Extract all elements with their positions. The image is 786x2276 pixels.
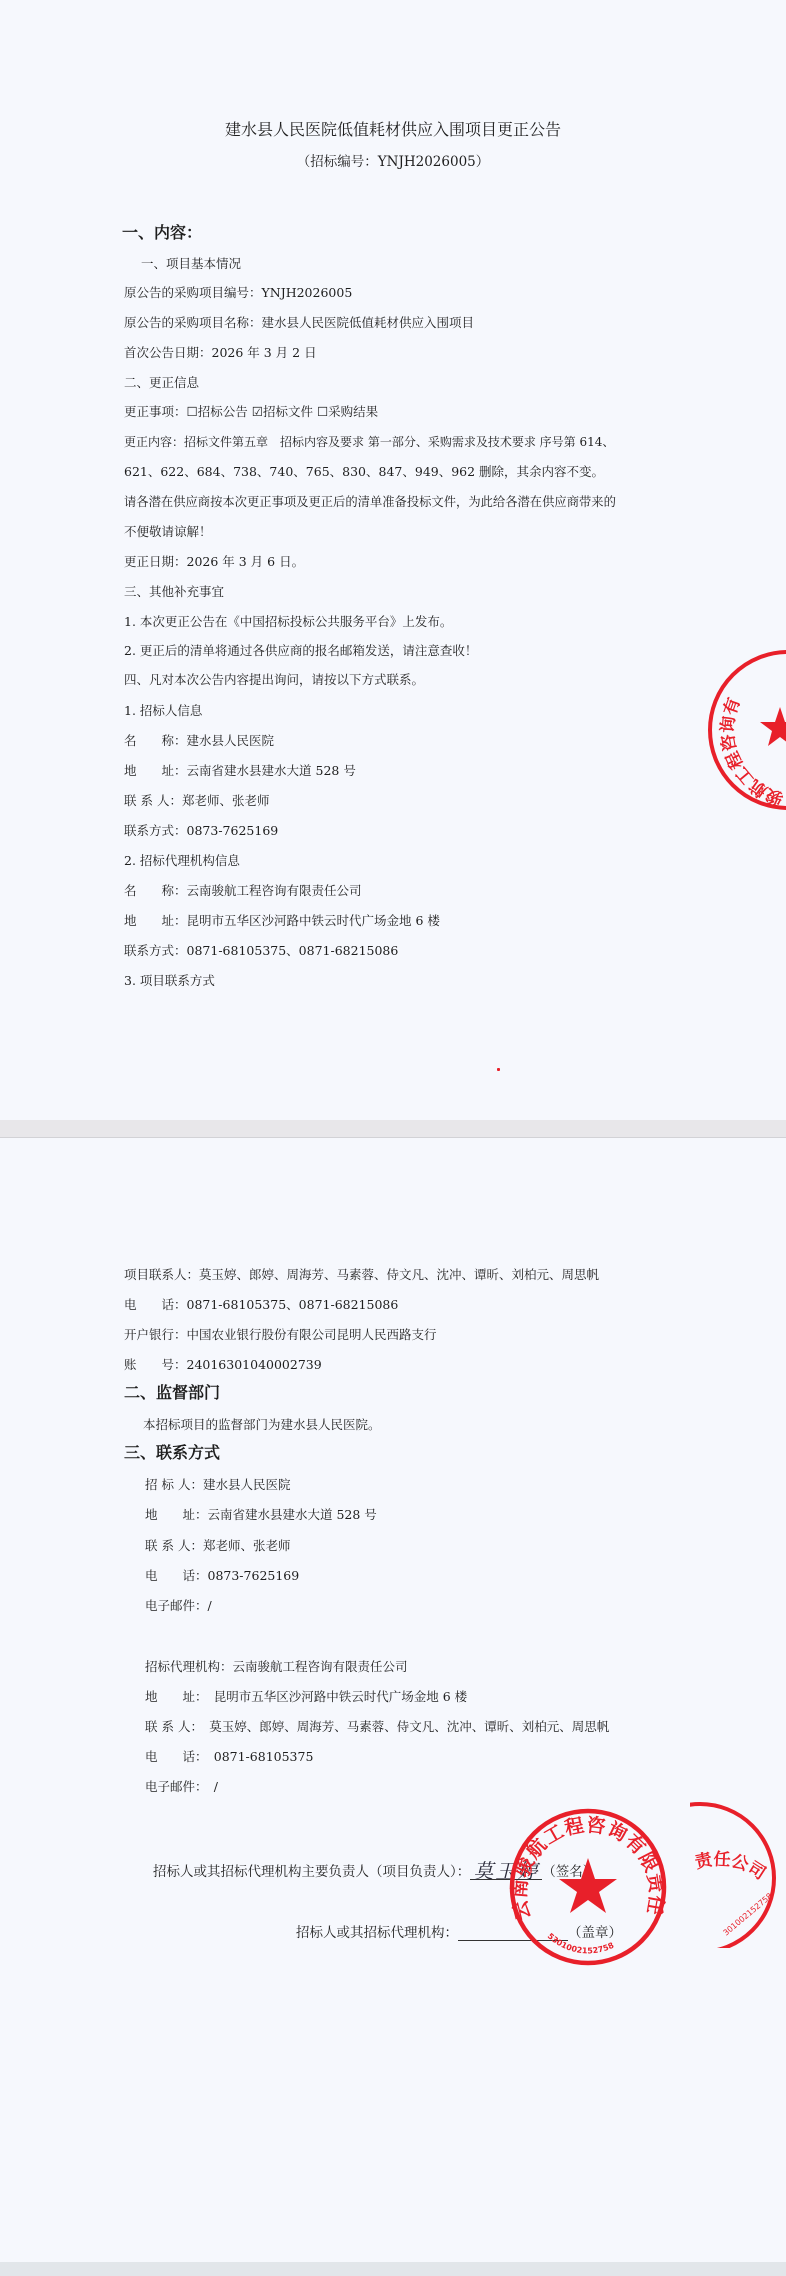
notice-line-2: 不便敬请谅解！ <box>124 524 212 540</box>
bottom-margin <box>0 2262 786 2276</box>
contact-tenderer-person: 联 系 人：郑老师、张老师 <box>145 1538 290 1554</box>
label: 地 址： <box>124 763 187 778</box>
page-break <box>0 1120 786 1137</box>
checkbox-label-procurement-result: 采购结果 <box>328 404 378 419</box>
tenderer-contact: 联 系 人：郑老师、张老师 <box>124 793 269 809</box>
correction-items: 更正事项：☐招标公告 ☑招标文件 ☐采购结果 <box>124 404 378 420</box>
label: 联系方式： <box>124 823 187 838</box>
label: 地 址： <box>124 913 187 928</box>
correction-items-label: 更正事项： <box>124 404 187 419</box>
contact-agency-person: 联 系 人： 莫玉婷、郎婷、周海芳、马素蓉、侍文凡、沈冲、谭昕、刘柏元、周思帆 <box>145 1719 609 1735</box>
subheading-basic-info: 一、项目基本情况 <box>141 256 241 272</box>
value: 0871-68105375、0871-68215086 <box>187 943 399 958</box>
orig-project-name: 原公告的采购项目名称：建水县人民医院低值耗材供应入围项目 <box>124 315 474 331</box>
orig-project-number: 原公告的采购项目编号：YNJH2026005 <box>124 285 352 301</box>
label: 联 系 人： <box>124 793 182 808</box>
agency-info-heading: 2. 招标代理机构信息 <box>124 853 240 869</box>
project-contact-heading: 3. 项目联系方式 <box>124 973 215 989</box>
contact-tenderer-address: 地 址：云南省建水县建水大道 528 号 <box>145 1507 377 1523</box>
subheading-inquiry: 四、凡对本次公告内容提出询问，请按以下方式联系。 <box>124 672 424 688</box>
notice-line-1: 请各潜在供应商按本次更正事项及更正后的清单准备投标文件，为此给各潜在供应商带来的 <box>124 494 616 510</box>
svg-text:责任公司: 责任公司 <box>690 1830 773 1903</box>
value: 郑老师、张老师 <box>182 793 270 808</box>
value: 建水县人民医院 <box>187 733 275 748</box>
value: 昆明市五华区沙河路中铁云时代广场金地 6 楼 <box>187 913 440 928</box>
section-heading-contact: 三、联系方式 <box>124 1445 220 1461</box>
tenderer-address: 地 址：云南省建水县建水大道 528 号 <box>124 763 356 779</box>
checkbox-label-tender-document: 招标文件 <box>263 404 313 419</box>
label: 名 称： <box>124 733 187 748</box>
tender-number: （招标编号：YNJH2026005） <box>0 154 786 170</box>
signature-label: 招标人或其招标代理机构主要负责人（项目负责人）： <box>153 1864 470 1880</box>
contact-tenderer-name: 招 标 人：建水县人民医院 <box>145 1477 290 1493</box>
svg-text:5301002152758: 5301002152758 <box>546 1931 616 1955</box>
contact-agency-address: 地 址： 昆明市五华区沙河路中铁云时代广场金地 6 楼 <box>145 1689 467 1705</box>
subheading-correction-info: 二、更正信息 <box>124 375 199 391</box>
value: 云南省建水县建水大道 528 号 <box>187 763 356 778</box>
document-page-1: 建水县人民医院低值耗材供应入围项目更正公告 （招标编号：YNJH2026005）… <box>0 0 786 1121</box>
label: 联系方式： <box>124 943 187 958</box>
contact-agency-email: 电子邮件： / <box>145 1779 218 1795</box>
subheading-supplementary: 三、其他补充事宜 <box>124 584 224 600</box>
project-phone: 电 话：0871-68105375、0871-68215086 <box>124 1297 398 1313</box>
section-heading-supervision: 二、监督部门 <box>124 1385 220 1401</box>
contact-tenderer-email: 电子邮件：/ <box>145 1598 212 1614</box>
document-title: 建水县人民医院低值耗材供应入围项目更正公告 <box>0 122 786 138</box>
checkbox-label-tender-notice: 招标公告 <box>198 404 248 419</box>
document-page-2: 项目联系人：莫玉婷、郎婷、周海芳、马素蓉、侍文凡、沈冲、谭昕、刘柏元、周思帆 电… <box>0 1137 786 2263</box>
first-notice-date: 首次公告日期：2026 年 3 月 2 日 <box>124 345 317 361</box>
checkbox-tender-notice: ☐ <box>187 404 198 419</box>
tenderer-phone: 联系方式：0873-7625169 <box>124 823 278 839</box>
company-seal-partial-icon: 责任公司 301002152758 <box>690 1798 786 1948</box>
contact-tenderer-phone: 电 话：0873-7625169 <box>145 1568 299 1584</box>
checkbox-procurement-result: ☐ <box>317 404 328 419</box>
project-contacts: 项目联系人：莫玉婷、郎婷、周海芳、马素蓉、侍文凡、沈冲、谭昕、刘柏元、周思帆 <box>124 1267 599 1283</box>
contact-agency-phone: 电 话： 0871-68105375 <box>145 1749 313 1765</box>
account-number: 账 号：24016301040002739 <box>124 1357 322 1373</box>
company-seal-partial-icon: 骏航工程咨询有 <box>700 645 786 815</box>
tenderer-info-heading: 1. 招标人信息 <box>124 703 202 719</box>
value: 0873-7625169 <box>187 823 279 838</box>
label: 名 称： <box>124 883 187 898</box>
correction-date: 更正日期：2026 年 3 月 6 日。 <box>124 554 304 570</box>
company-seal-icon: 云南骏航工程咨询有限责任公司 5301002152758 <box>507 1806 669 1968</box>
correction-content-line-2: 621、622、684、738、740、765、830、847、949、962 … <box>124 464 604 480</box>
supplementary-item-1: 1. 本次更正公告在《中国招标投标公共服务平台》上发布。 <box>124 614 452 630</box>
agency-phone: 联系方式：0871-68105375、0871-68215086 <box>124 943 398 959</box>
svg-text:骏航工程咨询有: 骏航工程咨询有 <box>717 695 786 810</box>
agency-name: 名 称：云南骏航工程咨询有限责任公司 <box>124 883 362 899</box>
stamp-speck <box>497 1068 500 1071</box>
bank-name: 开户银行：中国农业银行股份有限公司昆明人民西路支行 <box>124 1327 437 1343</box>
supervision-text: 本招标项目的监督部门为建水县人民医院。 <box>143 1417 381 1433</box>
seal-label: 招标人或其招标代理机构： <box>296 1925 458 1941</box>
agency-address: 地 址：昆明市五华区沙河路中铁云时代广场金地 6 楼 <box>124 913 440 929</box>
supplementary-item-2: 2. 更正后的清单将通过各供应商的报名邮箱发送，请注意查收！ <box>124 643 477 659</box>
contact-agency-name: 招标代理机构：云南骏航工程咨询有限责任公司 <box>145 1659 408 1675</box>
checkbox-tender-document: ☑ <box>252 404 263 419</box>
section-heading-content: 一、内容： <box>122 225 202 241</box>
value: 云南骏航工程咨询有限责任公司 <box>187 883 362 898</box>
correction-content-line-1: 更正内容：招标文件第五章 招标内容及要求 第一部分、采购需求及技术要求 序号第 … <box>124 434 614 450</box>
tenderer-name: 名 称：建水县人民医院 <box>124 733 274 749</box>
